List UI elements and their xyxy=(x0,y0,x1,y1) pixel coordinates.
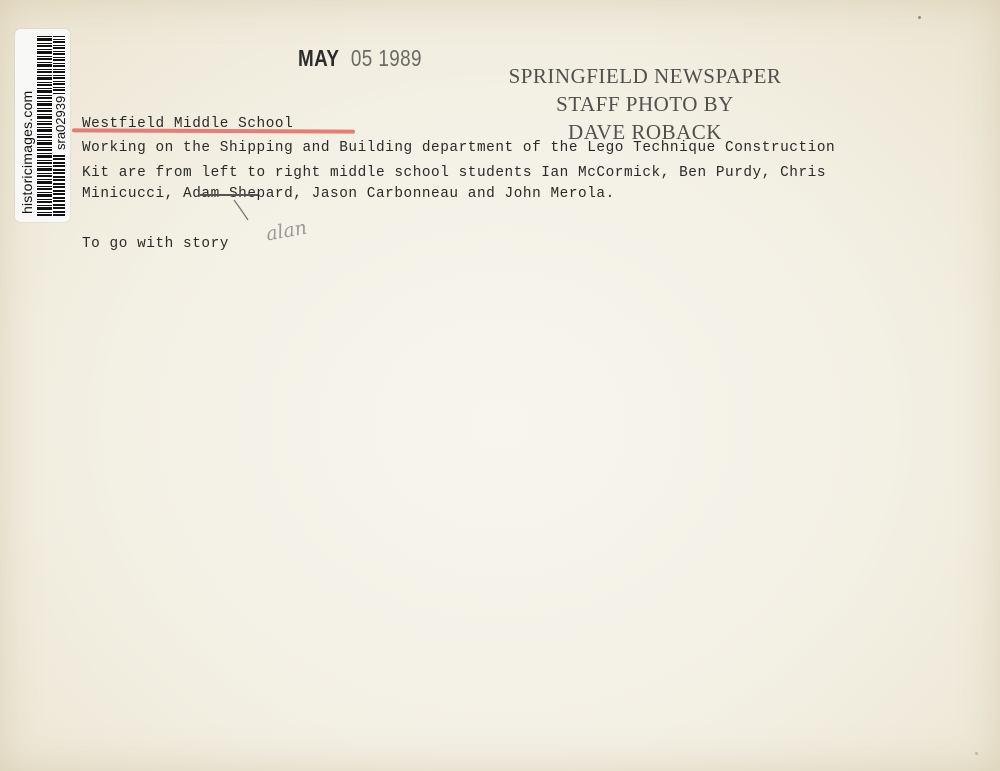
photo-credit-line-2: STAFF PHOTO BY xyxy=(490,90,800,118)
barcode-icon xyxy=(53,36,65,94)
caption-note: To go with story xyxy=(82,236,229,252)
archive-sku: sra02939 xyxy=(53,96,68,150)
barcode-icon xyxy=(53,154,65,216)
date-stamp: MAY05 1989 xyxy=(298,45,422,72)
caption-line-1: Working on the Shipping and Building dep… xyxy=(82,140,835,156)
caption-line-3: Minicucci, Adam Shepard, Jason Carbonnea… xyxy=(82,186,615,202)
archive-site-name: historicimages.com xyxy=(19,91,35,214)
photo-credit-stamp: SPRINGFIELD NEWSPAPER STAFF PHOTO BY DAV… xyxy=(490,62,800,146)
barcode-icon xyxy=(37,36,52,216)
date-stamp-day-year: 05 1989 xyxy=(351,45,422,71)
pen-stroke-icon xyxy=(232,198,252,222)
archive-label-content: historicimages.com sra02939 xyxy=(15,29,70,222)
strikethrough-mark xyxy=(200,194,258,196)
archive-label: historicimages.com sra02939 xyxy=(15,29,70,222)
caption-line-2: Kit are from left to right middle school… xyxy=(82,165,826,181)
photo-credit-line-1: SPRINGFIELD NEWSPAPER xyxy=(490,62,800,90)
paper-speck xyxy=(975,752,978,755)
date-stamp-month: MAY xyxy=(298,45,339,71)
paper-speck xyxy=(918,16,921,19)
